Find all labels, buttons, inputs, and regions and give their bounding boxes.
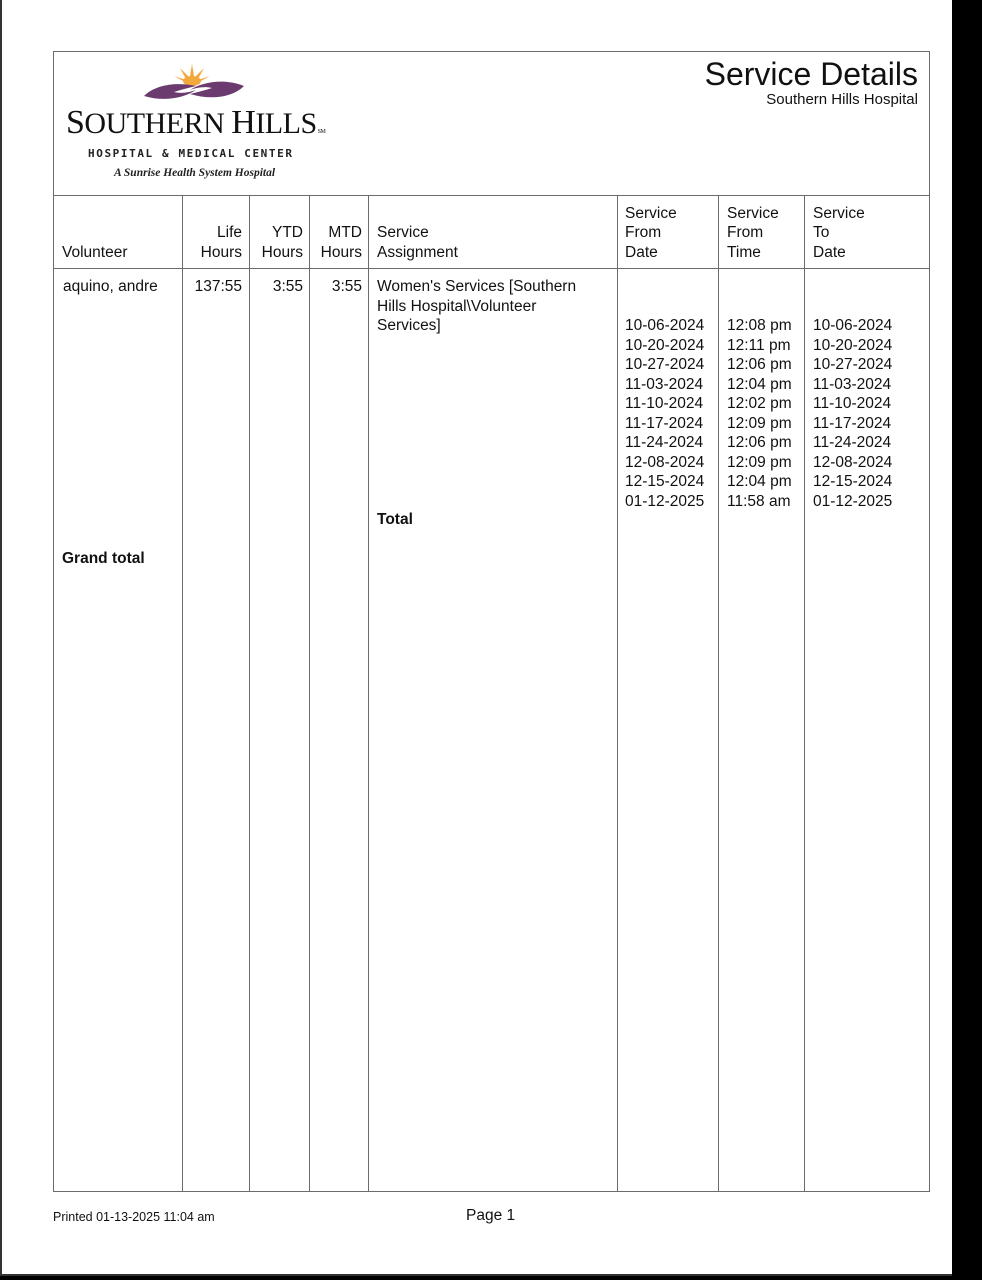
column-header-ytd-hours: YTD Hours [249, 202, 303, 262]
service-from-time: 11:58 am [727, 492, 792, 512]
wordmark-initial: H [231, 104, 255, 141]
page-subtitle: Southern Hills Hospital [705, 92, 918, 108]
title-block: Service Details Southern Hills Hospital [705, 56, 918, 108]
service-from-date: 10-27-2024 [625, 355, 704, 375]
service-to-date: 11-03-2024 [813, 375, 892, 395]
service-to-date: 10-06-2024 [813, 316, 892, 336]
column-header-service-from-date: Service From Date [625, 202, 715, 262]
wordmark-text: OUTHERN [84, 107, 231, 140]
service-from-date: 12-15-2024 [625, 472, 704, 492]
service-from-time-list: 12:08 pm12:11 pm12:06 pm12:04 pm12:02 pm… [727, 316, 792, 511]
volunteer-name: aquino, andre [63, 277, 158, 297]
service-from-date: 01-12-2025 [625, 492, 704, 512]
service-from-date: 11-17-2024 [625, 414, 704, 434]
column-divider [617, 195, 618, 1191]
column-divider [249, 195, 250, 1191]
service-to-date: 11-10-2024 [813, 394, 892, 414]
service-from-time: 12:06 pm [727, 433, 792, 453]
service-from-time: 12:11 pm [727, 336, 792, 356]
wordmark-initial: S [66, 104, 84, 141]
column-divider [804, 195, 805, 1191]
service-from-date: 11-03-2024 [625, 375, 704, 395]
column-divider [309, 195, 310, 1191]
report-page: SOUTHERN HILLSSM HOSPITAL & MEDICAL CENT… [0, 0, 952, 1276]
column-header-life-hours: Life Hours [182, 202, 242, 262]
service-assignment-line: Women's Services [Southern [377, 277, 576, 297]
hospital-logo: SOUTHERN HILLSSM HOSPITAL & MEDICAL CENT… [64, 62, 339, 177]
service-from-time: 12:06 pm [727, 355, 792, 375]
service-from-date: 10-06-2024 [625, 316, 704, 336]
life-hours-value: 137:55 [182, 277, 242, 297]
grand-total-label: Grand total [62, 549, 145, 569]
header-divider [54, 268, 929, 269]
page-title: Service Details [705, 56, 918, 92]
service-to-date: 12-15-2024 [813, 472, 892, 492]
service-assignment-line: Hills Hospital\Volunteer [377, 297, 576, 317]
service-from-date: 11-24-2024 [625, 433, 704, 453]
service-from-time: 12:04 pm [727, 472, 792, 492]
service-from-date: 11-10-2024 [625, 394, 704, 414]
column-header-volunteer: Volunteer [62, 202, 180, 262]
report-frame: SOUTHERN HILLSSM HOSPITAL & MEDICAL CENT… [53, 51, 930, 1192]
service-to-date: 12-08-2024 [813, 453, 892, 473]
service-from-time: 12:09 pm [727, 453, 792, 473]
service-from-date: 10-20-2024 [625, 336, 704, 356]
logo-tagline: A Sunrise Health System Hospital [114, 167, 275, 179]
service-from-date: 12-08-2024 [625, 453, 704, 473]
logo-wordmark: SOUTHERN HILLSSM [66, 104, 325, 142]
trademark-mark: SM [318, 129, 326, 135]
service-from-time: 12:04 pm [727, 375, 792, 395]
service-to-date: 11-17-2024 [813, 414, 892, 434]
service-to-date-list: 10-06-202410-20-202410-27-202411-03-2024… [813, 316, 892, 511]
service-to-date: 10-20-2024 [813, 336, 892, 356]
column-divider [368, 195, 369, 1191]
column-header-mtd-hours: MTD Hours [309, 202, 362, 262]
service-to-date: 10-27-2024 [813, 355, 892, 375]
service-from-time: 12:08 pm [727, 316, 792, 336]
service-assignment: Women's Services [Southern Hills Hospita… [377, 277, 576, 336]
page-number: Page 1 [466, 1207, 515, 1225]
printed-timestamp: Printed 01-13-2025 11:04 am [53, 1210, 215, 1224]
column-divider [182, 195, 183, 1191]
service-from-time: 12:09 pm [727, 414, 792, 434]
service-to-date: 01-12-2025 [813, 492, 892, 512]
service-from-date-list: 10-06-202410-20-202410-27-202411-03-2024… [625, 316, 704, 511]
total-label: Total [377, 510, 413, 530]
logo-subline: HOSPITAL & MEDICAL CENTER [88, 147, 294, 160]
column-header-service-to-date: Service To Date [813, 202, 923, 262]
service-to-date: 11-24-2024 [813, 433, 892, 453]
ytd-hours-value: 3:55 [249, 277, 303, 297]
service-assignment-line: Services] [377, 316, 576, 336]
wordmark-text: ILLS [255, 107, 316, 140]
mtd-hours-value: 3:55 [309, 277, 362, 297]
column-header-service-from-time: Service From Time [727, 202, 802, 262]
service-from-time: 12:02 pm [727, 394, 792, 414]
report-header: SOUTHERN HILLSSM HOSPITAL & MEDICAL CENT… [54, 52, 929, 196]
sun-over-hands-logo-icon [134, 62, 254, 104]
column-divider [718, 195, 719, 1191]
column-header-service-assignment: Service Assignment [377, 202, 612, 262]
